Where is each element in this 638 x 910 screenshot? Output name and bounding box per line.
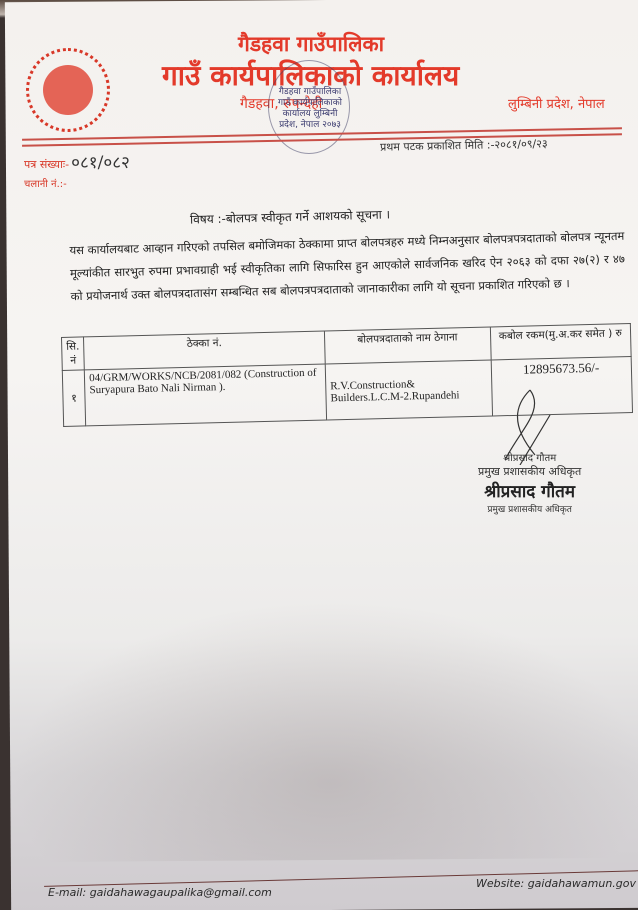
letter-number-label: पत्र संख्याः- <box>24 158 69 171</box>
letter-number: पत्र संख्याः-०८१/०८२ <box>24 150 130 173</box>
signatory-handwritten-name: श्रीप्रसाद गौतम <box>478 450 581 464</box>
footer-email: E-mail: gaidahawagaupalika@gmail.com <box>48 886 272 899</box>
header-sn: सि. नं <box>61 337 84 371</box>
notice-body: यस कार्यालयबाट आव्हान गरिएको तपसिल बमोजि… <box>69 225 626 309</box>
address-right: लुम्बिनी प्रदेश, नेपाल <box>508 94 605 112</box>
stamp-text: गैडहवा गाउँपालिका गाउँ कार्यपालिकाको कार… <box>275 87 345 131</box>
header-bidder: बोलपत्रदाताको नाम ठेगाना <box>324 327 490 364</box>
photo-shadow <box>9 598 638 862</box>
dispatch-number-label: चलानी नं.:- <box>24 176 67 190</box>
letter-number-value: ०८१/०८२ <box>71 153 130 173</box>
emblem-flag-icon <box>43 65 93 115</box>
municipality-name: गैडहवा गाउँपालिका <box>238 30 384 58</box>
cell-bidder: R.V.Construction& Builders.L.C.M-2.Rupan… <box>325 360 492 420</box>
signatory-stamp-name: श्रीप्रसाद गौतम <box>478 479 581 502</box>
signature-block: श्रीप्रसाद गौतम प्रमुख प्रशासकीय अधिकृत … <box>478 450 581 515</box>
nepal-emblem-logo <box>26 48 110 132</box>
header-amount: कबोल रकम(मु.अ.कर समेत ) रु <box>490 324 631 360</box>
signatory-stamp-title: प्रमुख प्रशासकीय अधिकृत <box>478 502 581 515</box>
cell-sn: १ <box>62 370 86 427</box>
footer-website: Website: gaidahawamun.gov <box>476 877 636 890</box>
signatory-handwritten-title: प्रमुख प्रशासकीय अधिकृत <box>478 464 581 479</box>
cell-contract: 04/GRM/WORKS/NCB/2081/082 (Construction … <box>85 364 327 426</box>
